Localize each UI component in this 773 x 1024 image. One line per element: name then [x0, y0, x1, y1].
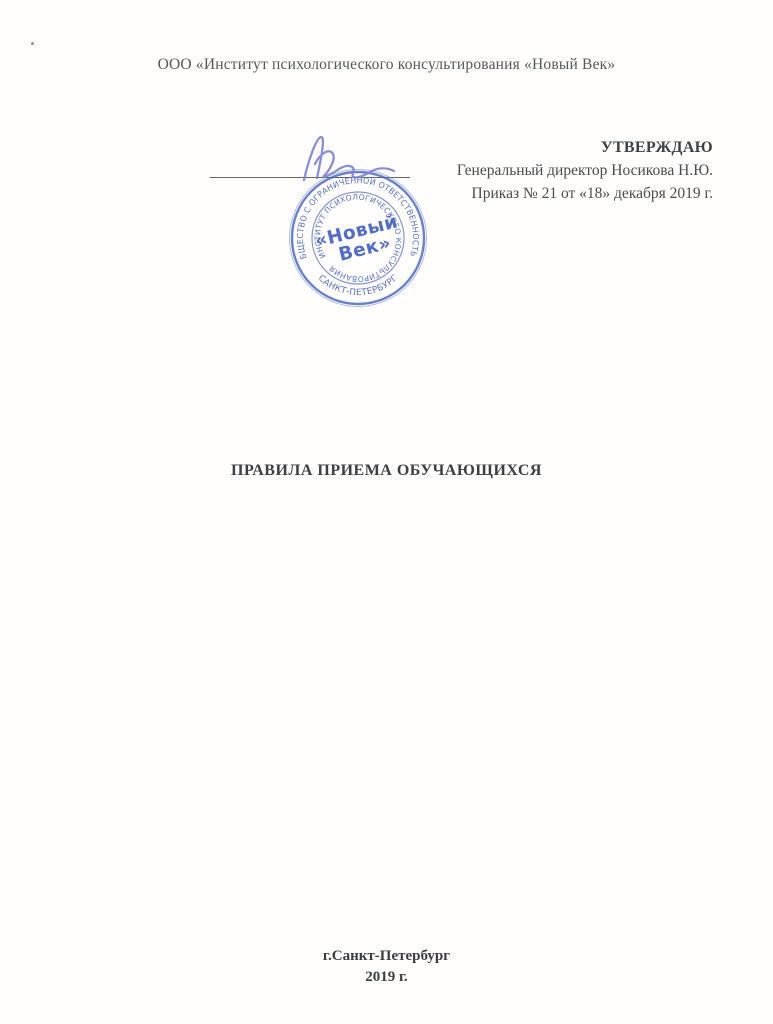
- signature-stroke-3: [339, 166, 394, 178]
- approval-block: УТВЕРЖДАЮ Генеральный директор Носикова …: [457, 136, 713, 205]
- document-title: ПРАВИЛА ПРИЕМА ОБУЧАЮЩИХСЯ: [0, 462, 773, 480]
- footer-city: г.Санкт-Петербург: [0, 946, 773, 967]
- scan-artifact-speck: [31, 42, 34, 45]
- signature-stroke-1: [304, 137, 323, 180]
- handwritten-signature: [290, 124, 415, 199]
- scanned-document-page: ООО «Институт психологического консульти…: [0, 0, 773, 1024]
- footer-year: 2019 г.: [0, 967, 773, 988]
- approval-order-line: Приказ № 21 от «18» декабря 2019 г.: [457, 182, 713, 205]
- approval-director-line: Генеральный директор Носикова Н.Ю.: [457, 159, 713, 182]
- approval-label: УТВЕРЖДАЮ: [457, 136, 713, 159]
- organization-name-header: ООО «Институт психологического консульти…: [0, 56, 773, 74]
- footer-block: г.Санкт-Петербург 2019 г.: [0, 946, 773, 988]
- signature-graphic: [290, 124, 415, 199]
